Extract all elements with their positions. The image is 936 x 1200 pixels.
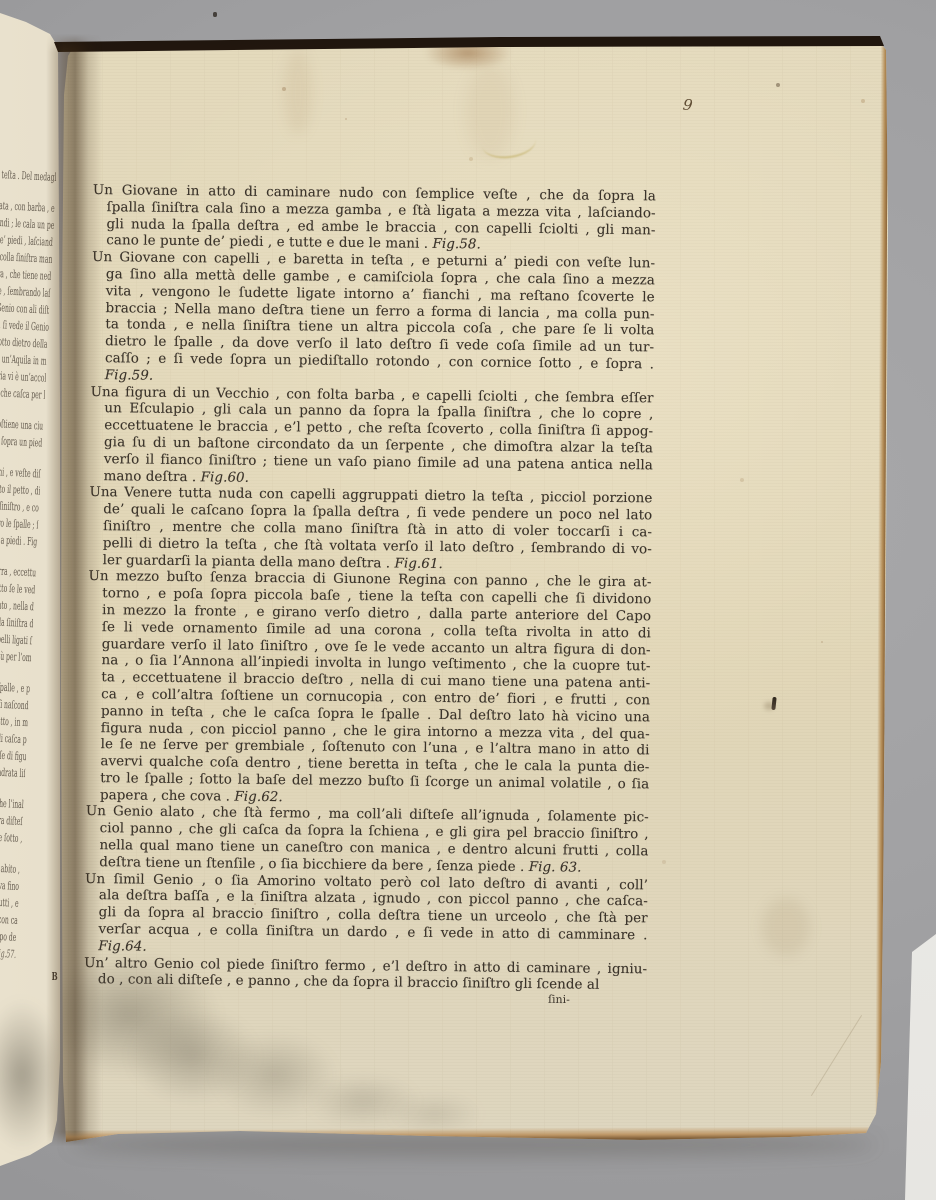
catchword: ſini- (548, 993, 570, 1006)
paragraph: Una figura di un Vecchio , con folta bar… (90, 385, 654, 492)
handwritten-page-number: 9 (682, 95, 694, 114)
fragment-text-line: , tenendo la ſiniſtra d (0, 612, 34, 632)
photo-background: lla teſta . Del medaglalzata , con barba… (0, 0, 936, 1200)
fragment-text-line: li pe’l petto ſi naſcond (0, 694, 29, 714)
stain-right-margin (762, 898, 810, 956)
fragment-text-line: ola baſetta quadrata liſ (0, 762, 26, 782)
fragment-text-line: rignolo ſotto il petto , di (0, 480, 40, 500)
background-speck (213, 12, 217, 17)
fragment-text-line: t ; tiene teſta con ca (0, 909, 18, 929)
fragment-text-line: , e colla deſtra diſteſ (0, 810, 23, 830)
fragment-text-line: icciol legnetto , in m (0, 711, 28, 731)
paragraph: Un Giovane con capelli , e baretta in te… (91, 250, 655, 391)
previous-page-paragraph-fragment: mano ſiniſtra , che l’inal, e colla deſt… (0, 793, 24, 847)
fragment-text-line: a ginocchi , e veſte diſ (0, 463, 41, 483)
fragment-text-line: o di fiori , e frutti , e (0, 892, 19, 912)
fragment-text-line: mezzo del capo de (0, 926, 17, 946)
fragment-text-line: ndi , con cornice ſotto , (0, 827, 22, 847)
fragment-text-line: mano ſiniſtra , che l’inal (0, 793, 24, 813)
fragment-text-line: caſcano giù per l’om (0, 646, 32, 666)
book-page: 9 Un Giovane in atto di caminare nudo co… (0, 0, 936, 1200)
fragment-text-line: n veſte lunga , ed abito , (0, 858, 21, 878)
paragraph: Una Venere tutta nuda con capelli aggrup… (89, 485, 653, 575)
fragment-text-line: , e poſa ſopra un pied (0, 432, 43, 452)
fragment-text-line: iride , che caſca per l (0, 384, 46, 404)
fragment-text-line: di ornamento , nella d (0, 595, 34, 615)
fragment-text-line: eturni a piedi . Fig (0, 530, 38, 550)
fragment-text-line: zo , del petto ſe le ved (0, 578, 35, 598)
stain-top-streak (284, 50, 312, 134)
paragraph: Un ſimil Genio , o ſia Amorino voltato p… (84, 872, 648, 962)
previous-page-paragraph-fragment: n veſte lunga , ed abito ,fianco , le ar… (0, 858, 21, 963)
fragment-text-line: , con capelli ligati ſ (0, 629, 33, 649)
fragment-text-line: deſtra ſoſtiene una ciu (0, 415, 44, 435)
foxing-specks (0, 0, 2, 2)
paragraph: Un Giovane in atto di caminare nudo con … (92, 183, 656, 257)
fragment-text-line: fianco , le arriva fino (0, 875, 20, 895)
previous-page-paragraph-fragment: a ginocchi , e veſte diſrignolo ſotto il… (0, 463, 41, 551)
fragment-text-line: uato ſopra baſe di figu (0, 745, 27, 765)
fragment-text-line: fino a terra , eccettu (0, 561, 36, 581)
fragment-text-line: pia. Fig.57. (0, 943, 16, 963)
fragment-text-line: a dietro le ſpalle ; ſ (0, 514, 39, 534)
previous-page-paragraph-fragment: deſtra ſoſtiene una ciu, e poſa ſopra un… (0, 415, 44, 452)
previous-page-paragraph-fragment: ſopra le ſpalle , e pli pe’l petto ſi na… (0, 677, 30, 782)
fragment-text-line: anno , che gli caſca p (0, 728, 27, 748)
paragraph: Un Genio alato , che ſtà fermo , ma coll… (85, 804, 649, 878)
fragment-text-line: ſopra le ſpalle , e p (0, 677, 30, 697)
gutter-shadow (46, 34, 102, 1146)
main-text-block: Un Giovane in atto di caminare nudo con … (84, 183, 656, 996)
previous-page-paragraph-fragment: fino a terra , eccettuzo , del petto ſe … (0, 561, 36, 666)
paragraph: Un mezzo buſto ſenza braccia di Giunone … (86, 569, 652, 811)
fragment-text-line: raccio ſiniſtro , e co (0, 497, 40, 517)
